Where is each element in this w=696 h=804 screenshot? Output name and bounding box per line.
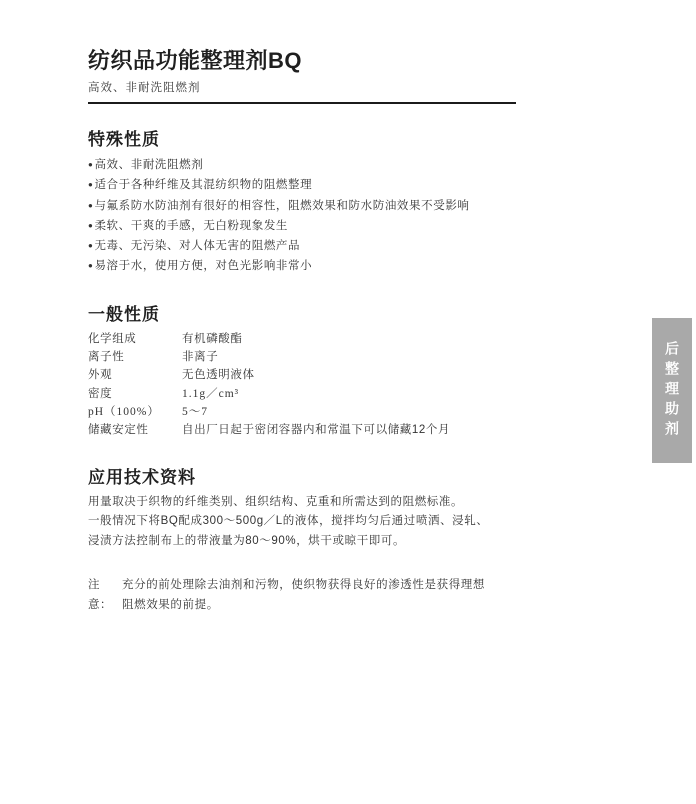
property-value: 自出厂日起于密闭容器内和常温下可以储藏12个月 [182, 421, 450, 439]
list-item-text: 高效、非耐洗阻燃剂 [94, 159, 203, 171]
side-tab-post-finishing-auxiliaries: 后整理助剂 [652, 318, 692, 463]
table-row: 化学组成 有机磷酸酯 [88, 330, 520, 348]
list-item-text: 易溶于水，使用方便，对色光影响非常小 [94, 260, 312, 272]
table-row: 离子性 非离子 [88, 348, 520, 366]
page-title: 纺织品功能整理剂BQ [88, 48, 520, 74]
paragraph-line: 用量取决于织物的纤维类别、组织结构、克重和所需达到的阻燃标准。 [88, 493, 520, 513]
special-properties-heading: 特殊性质 [88, 129, 520, 150]
bullet-icon: ● [88, 241, 93, 250]
application-paragraph: 用量取决于织物的纤维类别、组织结构、克重和所需达到的阻燃标准。 一般情况下将BQ… [88, 493, 520, 552]
bullet-icon: ● [88, 221, 93, 230]
list-item-text: 与氟系防水防油剂有很好的相容性，阻燃效果和防水防油效果不受影响 [94, 200, 469, 212]
property-label: 外观 [88, 366, 182, 384]
datasheet-page: 纺织品功能整理剂BQ 高效、非耐洗阻燃剂 特殊性质 ●高效、非耐洗阻燃剂 ●适合… [0, 0, 696, 804]
page-subtitle: 高效、非耐洗阻燃剂 [88, 81, 520, 95]
list-item: ●适合于各种纤维及其混纺织物的阻燃整理 [88, 175, 520, 195]
application-heading: 应用技术资料 [88, 467, 520, 488]
list-item: ●柔软、干爽的手感，无白粉现象发生 [88, 216, 520, 236]
note-label: 注意： [88, 576, 122, 615]
bullet-icon: ● [88, 180, 93, 189]
side-tab-label: 后整理助剂 [652, 341, 692, 441]
table-row: 储藏安定性 自出厂日起于密闭容器内和常温下可以储藏12个月 [88, 421, 520, 439]
list-item-text: 柔软、干爽的手感，无白粉现象发生 [94, 220, 288, 232]
note-block: 注意： 充分的前处理除去油剂和污物，使织物获得良好的渗透性是获得理想 阻燃效果的… [88, 576, 520, 615]
property-label: pH（100%） [88, 403, 182, 421]
table-row: pH（100%） 5～7 [88, 403, 520, 421]
section-application: 应用技术资料 用量取决于织物的纤维类别、组织结构、克重和所需达到的阻燃标准。 一… [88, 467, 520, 552]
list-item: ●与氟系防水防油剂有很好的相容性，阻燃效果和防水防油效果不受影响 [88, 196, 520, 216]
paragraph-line: 一般情况下将BQ配成300～500g／L的液体，搅拌均匀后通过喷洒、浸轧、 [88, 512, 520, 532]
property-value: 有机磷酸酯 [182, 330, 243, 348]
list-item: ●易溶于水，使用方便，对色光影响非常小 [88, 256, 520, 276]
property-value: 5～7 [182, 403, 208, 421]
paragraph-line: 浸渍方法控制布上的带液量为80～90%，烘干或晾干即可。 [88, 532, 520, 552]
bullet-icon: ● [88, 201, 93, 210]
header-divider [88, 102, 516, 104]
list-item: ●高效、非耐洗阻燃剂 [88, 155, 520, 175]
property-value: 非离子 [182, 348, 218, 366]
property-value: 无色透明液体 [182, 366, 255, 384]
list-item: ●无毒、无污染、对人体无害的阻燃产品 [88, 236, 520, 256]
page-content: 纺织品功能整理剂BQ 高效、非耐洗阻燃剂 特殊性质 ●高效、非耐洗阻燃剂 ●适合… [88, 0, 520, 615]
general-properties-heading: 一般性质 [88, 304, 520, 325]
section-special-properties: 特殊性质 ●高效、非耐洗阻燃剂 ●适合于各种纤维及其混纺织物的阻燃整理 ●与氟系… [88, 129, 520, 277]
bullet-icon: ● [88, 160, 93, 169]
bullet-icon: ● [88, 261, 93, 270]
list-item-text: 适合于各种纤维及其混纺织物的阻燃整理 [94, 179, 312, 191]
property-label: 密度 [88, 385, 182, 403]
note-line: 阻燃效果的前提。 [122, 596, 485, 616]
special-properties-list: ●高效、非耐洗阻燃剂 ●适合于各种纤维及其混纺织物的阻燃整理 ●与氟系防水防油剂… [88, 155, 520, 277]
note-line: 充分的前处理除去油剂和污物，使织物获得良好的渗透性是获得理想 [122, 576, 485, 596]
table-row: 密度 1.1g／cm³ [88, 385, 520, 403]
section-general-properties: 一般性质 化学组成 有机磷酸酯 离子性 非离子 外观 无色透明液体 密度 1.1… [88, 304, 520, 440]
property-value: 1.1g／cm³ [182, 385, 239, 403]
property-label: 离子性 [88, 348, 182, 366]
property-label: 化学组成 [88, 330, 182, 348]
properties-table: 化学组成 有机磷酸酯 离子性 非离子 外观 无色透明液体 密度 1.1g／cm³… [88, 330, 520, 440]
table-row: 外观 无色透明液体 [88, 366, 520, 384]
note-text: 充分的前处理除去油剂和污物，使织物获得良好的渗透性是获得理想 阻燃效果的前提。 [122, 576, 485, 615]
list-item-text: 无毒、无污染、对人体无害的阻燃产品 [94, 240, 300, 252]
property-label: 储藏安定性 [88, 421, 182, 439]
